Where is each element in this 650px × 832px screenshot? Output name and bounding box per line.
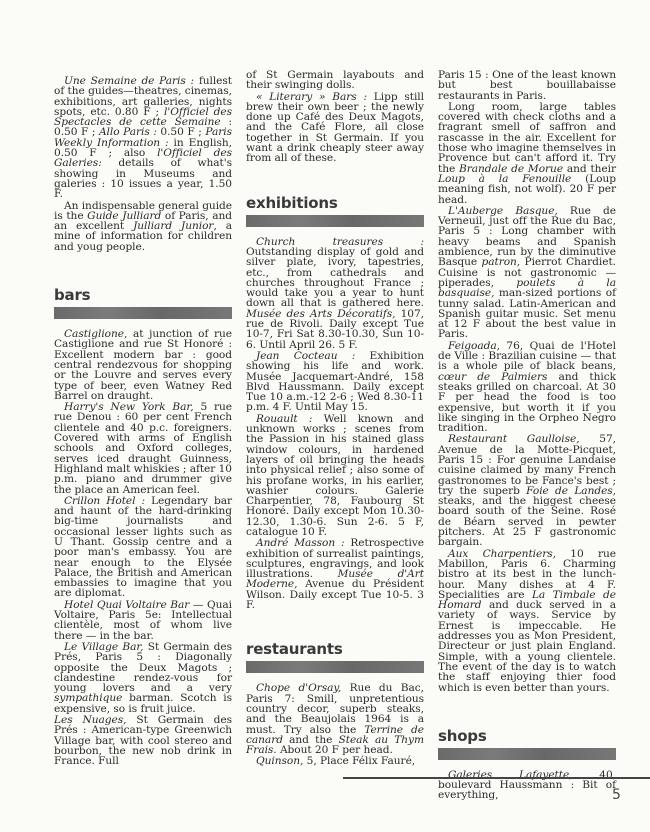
column-2: of St Germain layabouts and their swingi… <box>246 70 424 768</box>
section-restaurants: restaurants Chope d'Orsay, Rue du Bac, P… <box>246 641 424 766</box>
listing-restaurant-gaulloise: Restaurant Gaulloise, 57, Avenue de la M… <box>438 434 616 547</box>
section-heading-bars: bars <box>54 287 232 303</box>
listing-harrys-bar: Harry's New York Bar, 5 rue rue Denou : … <box>54 402 232 495</box>
listing-text: and thick steaks grilled on charcoal. At… <box>438 371 616 434</box>
page-number: 5 <box>612 787 621 803</box>
listing-text: Lipp still brew their own beer ; the new… <box>246 91 424 165</box>
listing-text: 5 rue rue Denou : 60 per cent French cli… <box>54 401 232 495</box>
listing-text: Legendary bar and haunt of the hard-drin… <box>54 495 232 600</box>
listing-church-treasures: Church treasures : Outstanding display o… <box>246 237 424 350</box>
heading-bar <box>438 748 616 760</box>
listing-rouault: Rouault : Well known and unknown works ;… <box>246 414 424 538</box>
listing-literary-bars: « Literary » Bars : Lipp still brew thei… <box>246 92 424 164</box>
listing-galeries-lafayette: Galeries Lafayette, 40, boulevard Haussm… <box>438 770 616 801</box>
listing-feigoada: Feigoada, 76, Quai de l'Hotel de Ville :… <box>438 341 616 434</box>
heading-bar <box>54 307 232 319</box>
section-heading-restaurants: restaurants <box>246 641 424 657</box>
listing-castiglione: Castiglione, at junction of rue Castigli… <box>54 329 232 401</box>
section-heading-exhibitions: exhibitions <box>246 195 424 211</box>
listing-jean-cocteau: Jean Cocteau : Exhibition showing his li… <box>246 351 424 413</box>
general-guide-paragraph: An indispensable general guide is the Gu… <box>54 201 232 252</box>
listing-quai-voltaire: Hotel Quai Voltaire Bar — Quai Voltaire,… <box>54 600 232 641</box>
listing-text: Outstanding display of gold and silver p… <box>246 246 424 309</box>
heading-bar <box>246 215 424 227</box>
listing-crillon-hotel: Crillon Hotel : Legendary bar and haunt … <box>54 496 232 599</box>
section-bars: bars Castiglione, at junction of rue Cas… <box>54 287 232 766</box>
listing-quinson: Quinson, 5, Place Félix Fauré, <box>246 756 424 766</box>
listing-text: and duck served in a variety of ways. Se… <box>438 599 616 693</box>
guides-paragraph: Une Semaine de Paris : fullest of the gu… <box>54 76 232 200</box>
listing-text: Well known and unknown works ; scenes fr… <box>246 413 424 538</box>
listing-text: 5, Place Félix Fauré, <box>303 755 415 767</box>
section-exhibitions: exhibitions Church treasures : Outstandi… <box>246 195 424 611</box>
listing-name: Quinson, <box>256 755 303 767</box>
listing-aux-charpentiers: Aux Charpentiers, 10 rue Mabillon, Paris… <box>438 549 616 693</box>
footer-rule <box>343 777 650 779</box>
listing-andre-masson: André Masson : Retrospective exhibition … <box>246 538 424 610</box>
listing-auberge-basque: L'Auberge Basque, Rue de Verneuil, just … <box>438 206 616 340</box>
listing-text: steaks, and the higgest cheese board sou… <box>438 495 616 548</box>
listing-text: , at junction of rue Castiglione and rue… <box>54 328 232 402</box>
listing-les-nuages: Les Nuages, St Germain des Prés : Americ… <box>54 715 232 766</box>
bars-continued: of St Germain layabouts and their swingi… <box>246 70 424 91</box>
heading-bar <box>246 661 424 673</box>
listing-chope-dorsay: Chope d'Orsay, Rue du Bac, Paris 7: Smil… <box>246 683 424 755</box>
section-shops: shops Galeries Lafayette, 40, boulevard … <box>438 728 616 801</box>
quinson-description: Long room, large tables covered with che… <box>438 102 616 205</box>
column-1: Une Semaine de Paris : fullest of the gu… <box>54 76 232 768</box>
listing-text: About 20 F per head. <box>277 744 393 756</box>
listing-text: Exhibition showing his life and work. Mu… <box>246 350 424 413</box>
column-3: Paris 15 : One of the least known but be… <box>438 70 616 802</box>
quinson-continued: Paris 15 : One of the least known but be… <box>438 70 616 101</box>
section-heading-shops: shops <box>438 728 616 744</box>
listing-le-village-bar: Le Village Bar, St Germain des Prés, Par… <box>54 642 232 714</box>
